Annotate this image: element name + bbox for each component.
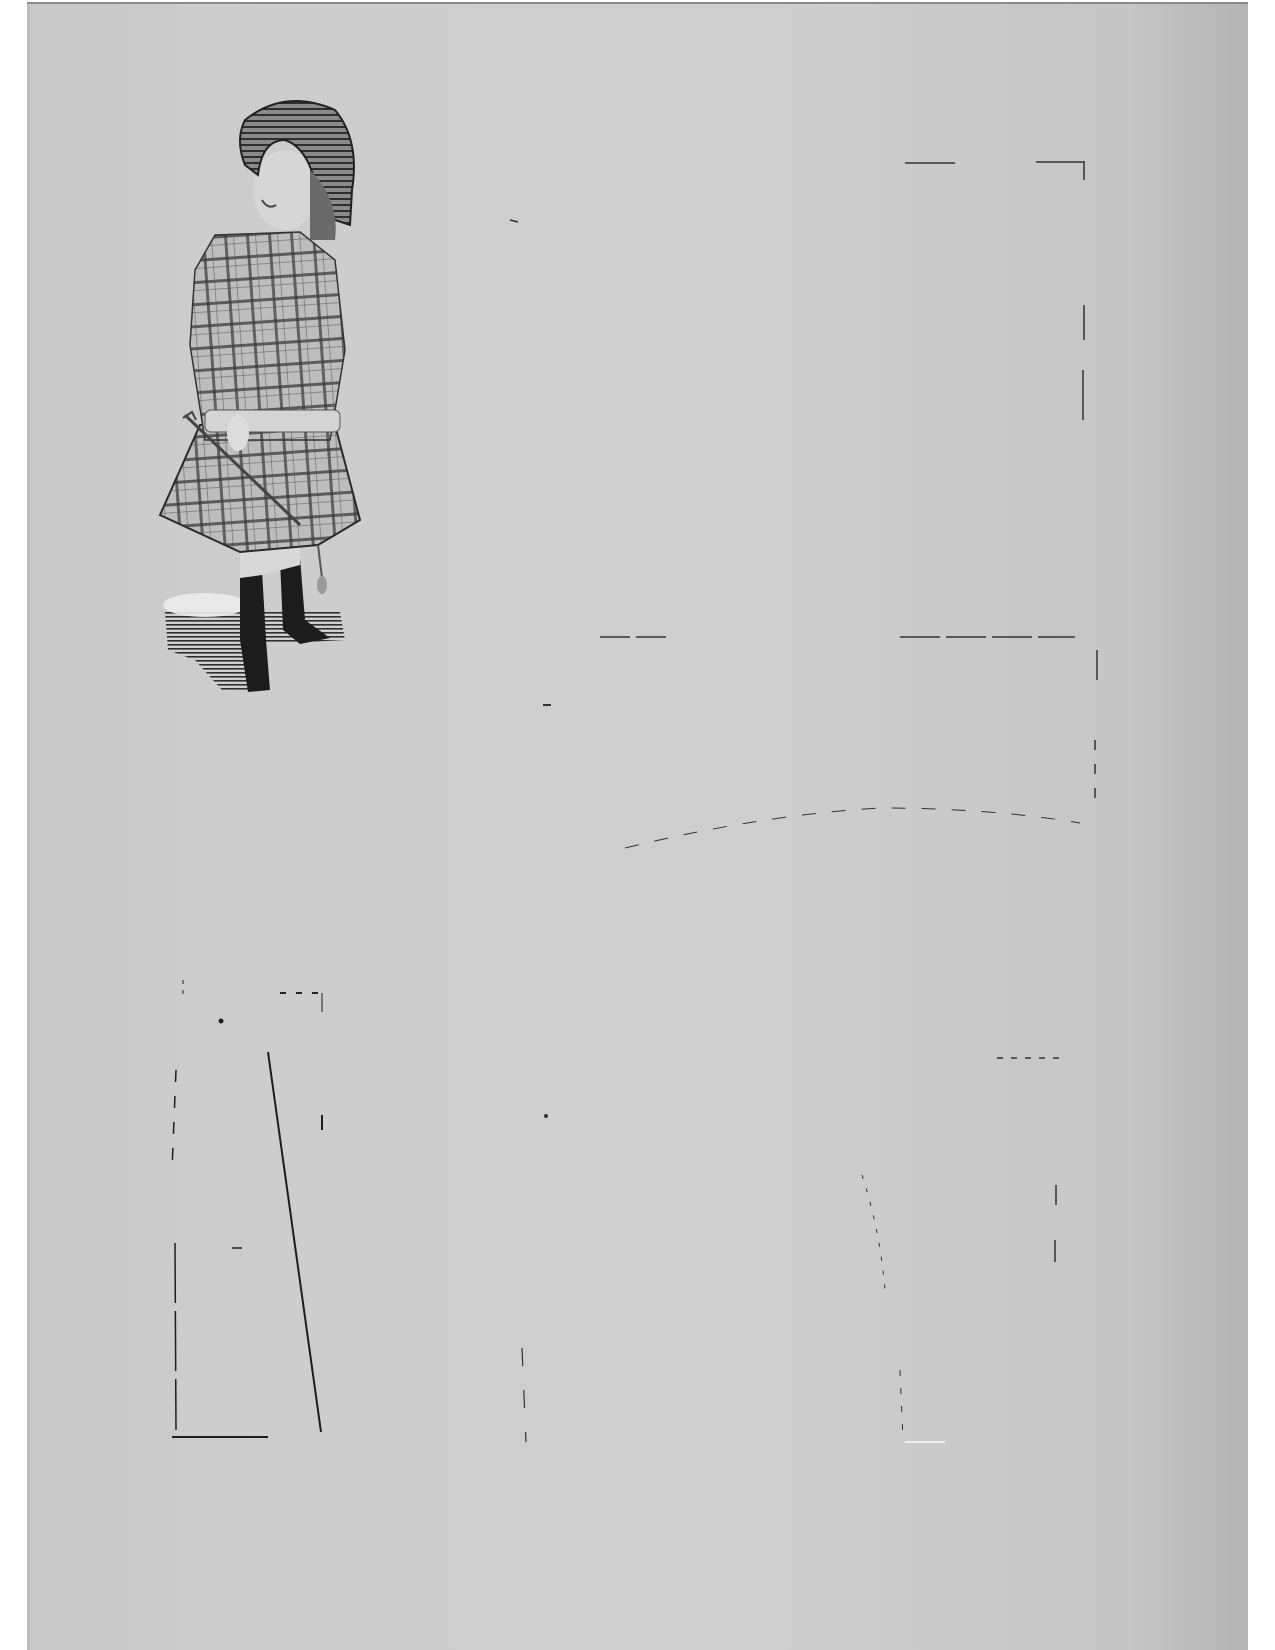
tassel xyxy=(318,545,322,578)
pattern-piece-lower-left xyxy=(172,980,322,1437)
pattern-piece-middle-right xyxy=(543,637,1097,848)
hand xyxy=(227,415,249,451)
belt xyxy=(205,410,340,432)
jacket xyxy=(190,232,345,440)
pattern-piece-upper-right xyxy=(510,162,1085,420)
page-artwork xyxy=(0,0,1275,1650)
cloud-highlight xyxy=(163,593,247,617)
pattern-piece-lower-right xyxy=(522,1058,1060,1442)
child-illustration xyxy=(160,101,360,692)
